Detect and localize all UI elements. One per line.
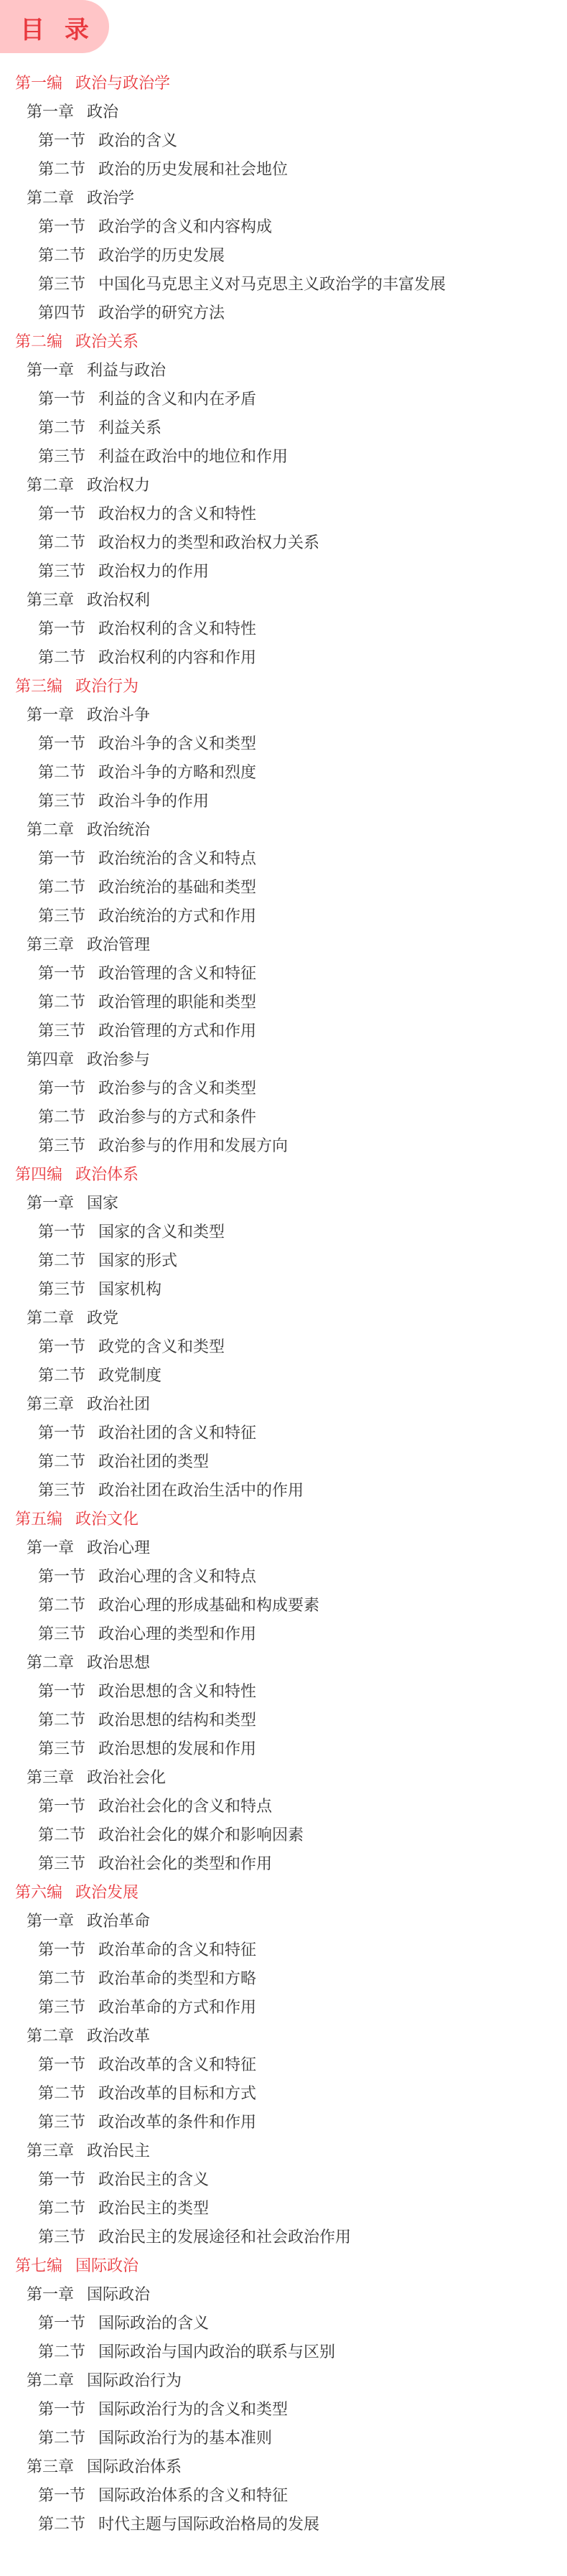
toc-section-title: 利益关系 [98,419,161,437]
toc-section-number: 第三节 [38,788,85,816]
toc-part-title: 政治与政治学 [75,75,170,93]
toc-title: 目 录 [14,9,95,45]
toc-part-number: 第四编 [15,1161,62,1190]
toc-section-number: 第一节 [38,1075,85,1103]
toc-section-title: 政治民主的类型 [98,2200,209,2218]
toc-section-link[interactable]: 第一节政治斗争的含义和类型 [0,730,567,759]
toc-section-number: 第二节 [38,1362,85,1391]
toc-section-title: 政治社会化的类型和作用 [98,1855,272,1873]
toc-chapter-title: 政治权利 [87,592,150,610]
toc-chapter-title: 国家 [87,1195,118,1213]
toc-section-link[interactable]: 第二节政治社团的类型 [0,1448,567,1477]
toc-section-title: 利益的含义和内在矛盾 [98,391,256,409]
toc-section-number: 第二节 [38,414,85,443]
toc-section-link[interactable]: 第二节国际政治与国内政治的联系与区别 [0,2338,567,2367]
toc-section-title: 政治民主的含义 [98,2171,209,2189]
toc-section-title: 政治管理的职能和类型 [98,994,256,1012]
toc-part-number: 第六编 [15,1879,62,1908]
toc-section-title: 国家的含义和类型 [98,1223,225,1241]
toc-section-number: 第三节 [38,1850,85,1879]
toc-section-link[interactable]: 第二节政治改革的目标和方式 [0,2080,567,2109]
toc-chapter-title: 政治学 [87,190,134,207]
toc-section-number: 第二节 [38,1592,85,1620]
toc-section-title: 时代主题与国际政治格局的发展 [98,2516,319,2534]
toc-chapter-link[interactable]: 第二章政治改革 [0,2022,567,2051]
toc-part-title: 政治关系 [75,333,139,351]
toc-section-title: 政治思想的结构和类型 [98,1712,256,1730]
toc-section-title: 国家的形式 [98,1252,177,1270]
toc-chapter-link[interactable]: 第三章政治社会化 [0,1764,567,1793]
toc-chapter-link[interactable]: 第一章政治斗争 [0,701,567,730]
toc-section-number: 第三节 [38,1620,85,1649]
toc-section-title: 政治权力的含义和特性 [98,505,256,523]
toc-section-link[interactable]: 第三节政治斗争的作用 [0,788,567,816]
toc-section-number: 第二节 [38,1247,85,1276]
toc-chapter-number: 第一章 [27,2281,74,2310]
toc-section-number: 第一节 [38,1936,85,1965]
toc-section-link[interactable]: 第二节政治民主的类型 [0,2195,567,2223]
toc-section-title: 政治统治的方式和作用 [98,907,256,925]
toc-chapter-number: 第一章 [27,701,74,730]
toc-section-number: 第二节 [38,1103,85,1132]
toc-section-title: 政治斗争的作用 [98,793,209,811]
toc-chapter-link[interactable]: 第三章政治管理 [0,931,567,960]
toc-section-number: 第三节 [38,1477,85,1506]
toc-section-link[interactable]: 第三节中国化马克思主义对马克思主义政治学的丰富发展 [0,271,567,299]
toc-section-link[interactable]: 第四节政治学的研究方法 [0,299,567,328]
toc-section-title: 中国化马克思主义对马克思主义政治学的丰富发展 [98,276,446,294]
toc-section-title: 政治管理的方式和作用 [98,1022,256,1040]
toc-section-link[interactable]: 第三节政治改革的条件和作用 [0,2109,567,2137]
toc-section-number: 第一节 [38,1793,85,1821]
toc-chapter-link[interactable]: 第一章利益与政治 [0,357,567,386]
toc-part-link[interactable]: 第二编政治关系 [0,328,567,357]
toc-chapter-link[interactable]: 第三章政治权利 [0,587,567,615]
toc-chapter-number: 第三章 [27,931,74,960]
toc-chapter-link[interactable]: 第四章政治参与 [0,1046,567,1075]
toc-section-link[interactable]: 第二节政治的历史发展和社会地位 [0,156,567,185]
toc-section-title: 国际政治体系的含义和特征 [98,2487,288,2505]
toc-chapter-title: 政治革命 [87,1913,150,1931]
toc-section-title: 政治参与的作用和发展方向 [98,1137,288,1155]
toc-section-number: 第三节 [38,2223,85,2252]
toc-chapter-number: 第四章 [27,1046,74,1075]
toc-section-title: 政治参与的含义和类型 [98,1080,256,1098]
toc-section-number: 第一节 [38,730,85,759]
toc-section-title: 国际政治行为的含义和类型 [98,2401,288,2419]
toc-section-number: 第二节 [38,759,85,788]
toc-section-link[interactable]: 第二节政治社会化的媒介和影响因素 [0,1821,567,1850]
toc-section-link[interactable]: 第三节政治社会化的类型和作用 [0,1850,567,1879]
toc-section-link[interactable]: 第一节政治民主的含义 [0,2166,567,2195]
toc-section-link[interactable]: 第二节国家的形式 [0,1247,567,1276]
toc-section-link[interactable]: 第二节国际政治行为的基本准则 [0,2425,567,2453]
toc-section-title: 政治思想的发展和作用 [98,1740,256,1758]
toc-chapter-number: 第二章 [27,1305,74,1333]
toc-section-link[interactable]: 第二节政治统治的基础和类型 [0,874,567,902]
toc-section-link[interactable]: 第三节政治民主的发展途径和社会政治作用 [0,2223,567,2252]
toc-section-number: 第一节 [38,2051,85,2080]
toc-section-link[interactable]: 第一节政治革命的含义和特征 [0,1936,567,1965]
toc-part-link[interactable]: 第六编政治发展 [0,1879,567,1908]
toc-section-link[interactable]: 第一节国际政治的含义 [0,2310,567,2338]
toc-part-number: 第二编 [15,328,62,357]
toc-section-link[interactable]: 第一节政治参与的含义和类型 [0,1075,567,1103]
toc-section-title: 政治革命的方式和作用 [98,1999,256,2017]
toc-part-link[interactable]: 第三编政治行为 [0,673,567,701]
toc-section-link[interactable]: 第二节政治权力的类型和政治权力关系 [0,529,567,558]
toc-section-number: 第三节 [38,1994,85,2022]
toc-part-link[interactable]: 第一编政治与政治学 [0,70,567,98]
toc-chapter-title: 国际政治 [87,2286,150,2304]
toc-section-number: 第一节 [38,500,85,529]
toc-chapter-number: 第二章 [27,472,74,500]
toc-part-number: 第五编 [15,1506,62,1534]
toc-chapter-link[interactable]: 第三章国际政治体系 [0,2453,567,2482]
toc-section-link[interactable]: 第三节政治社团在政治生活中的作用 [0,1477,567,1506]
toc-chapter-title: 政治心理 [87,1539,150,1557]
toc-section-number: 第三节 [38,1017,85,1046]
toc-chapter-number: 第二章 [27,2367,74,2396]
toc-section-number: 第三节 [38,1735,85,1764]
toc-section-link[interactable]: 第一节政治思想的含义和特性 [0,1678,567,1707]
toc-section-link[interactable]: 第三节政治管理的方式和作用 [0,1017,567,1046]
toc-header-badge: 目 录 [0,0,109,53]
toc-chapter-number: 第一章 [27,1534,74,1563]
toc-section-title: 政治学的含义和内容构成 [98,218,272,236]
toc-part-number: 第一编 [15,70,62,98]
toc-section-number: 第二节 [38,2425,85,2453]
toc-part-title: 政治体系 [75,1166,139,1184]
toc-section-link[interactable]: 第一节政治权力的含义和特性 [0,500,567,529]
toc-section-number: 第一节 [38,960,85,989]
toc-section-number: 第一节 [38,1419,85,1448]
toc-section-title: 政党制度 [98,1367,161,1385]
toc-chapter-number: 第一章 [27,98,74,127]
toc-section-title: 政治社会化的媒介和影响因素 [98,1826,304,1844]
toc-section-number: 第三节 [38,443,85,472]
toc-section-link[interactable]: 第二节政党制度 [0,1362,567,1391]
toc-chapter-link[interactable]: 第二章政治统治 [0,816,567,845]
toc-section-title: 政治改革的目标和方式 [98,2085,256,2103]
toc-section-title: 政治统治的含义和特点 [98,850,256,868]
toc-part-title: 国际政治 [75,2257,139,2275]
toc-chapter-title: 政治权力 [87,477,150,495]
toc-section-number: 第一节 [38,845,85,874]
toc-chapter-title: 利益与政治 [87,362,166,380]
toc-part-link[interactable]: 第四编政治体系 [0,1161,567,1190]
toc-chapter-number: 第一章 [27,1190,74,1218]
toc-section-link[interactable]: 第一节国际政治体系的含义和特征 [0,2482,567,2511]
toc-section-link[interactable]: 第二节时代主题与国际政治格局的发展 [0,2511,567,2539]
toc-section-link[interactable]: 第三节政治统治的方式和作用 [0,902,567,931]
toc-section-title: 政治民主的发展途径和社会政治作用 [98,2229,351,2246]
toc-section-link[interactable]: 第二节政治权利的内容和作用 [0,644,567,673]
toc-chapter-title: 国际政治体系 [87,2458,182,2476]
toc-section-number: 第二节 [38,2511,85,2539]
toc-section-title: 政治权利的含义和特性 [98,620,256,638]
toc-chapter-title: 政治管理 [87,936,150,954]
toc-chapter-title: 政治 [87,103,118,121]
toc-section-number: 第一节 [38,1333,85,1362]
toc-chapter-number: 第三章 [27,587,74,615]
toc-chapter-number: 第二章 [27,185,74,213]
toc-section-title: 政治统治的基础和类型 [98,879,256,897]
toc-chapter-title: 政治社团 [87,1396,150,1414]
toc-chapter-number: 第三章 [27,1391,74,1419]
toc-part-number: 第三编 [15,673,62,701]
toc-chapter-title: 政党 [87,1310,118,1327]
toc-section-title: 政治的含义 [98,132,177,150]
toc-section-title: 政治革命的含义和特征 [98,1941,256,1959]
toc-section-title: 政治社团的含义和特征 [98,1424,256,1442]
toc-section-link[interactable]: 第三节政治思想的发展和作用 [0,1735,567,1764]
toc-section-title: 政治权力的类型和政治权力关系 [98,534,319,552]
toc-chapter-link[interactable]: 第三章政治社团 [0,1391,567,1419]
toc-section-number: 第二节 [38,644,85,673]
toc-section-title: 政治心理的类型和作用 [98,1625,256,1643]
toc-section-number: 第二节 [38,2195,85,2223]
toc-chapter-link[interactable]: 第一章政治革命 [0,1908,567,1936]
toc-section-title: 政治心理的形成基础和构成要素 [98,1597,319,1615]
toc-section-link[interactable]: 第二节政治革命的类型和方略 [0,1965,567,1994]
toc-section-number: 第三节 [38,1276,85,1305]
toc-section-title: 政治心理的含义和特点 [98,1568,256,1586]
toc-section-link[interactable]: 第一节政治的含义 [0,127,567,156]
toc-section-title: 政党的含义和类型 [98,1338,225,1356]
toc-section-number: 第四节 [38,299,85,328]
toc-chapter-title: 政治统治 [87,821,150,839]
toc-part-title: 政治文化 [75,1511,139,1529]
toc-section-title: 国际政治行为的基本准则 [98,2430,272,2447]
toc-section-title: 政治改革的条件和作用 [98,2114,256,2132]
toc-section-link[interactable]: 第一节政治社团的含义和特征 [0,1419,567,1448]
toc-chapter-number: 第三章 [27,1764,74,1793]
toc-section-link[interactable]: 第三节政治参与的作用和发展方向 [0,1132,567,1161]
toc-section-title: 国际政治的含义 [98,2315,209,2333]
toc-section-number: 第一节 [38,2396,85,2425]
toc-chapter-link[interactable]: 第二章政治思想 [0,1649,567,1678]
toc-section-link[interactable]: 第二节政治参与的方式和条件 [0,1103,567,1132]
toc-section-link[interactable]: 第二节政治学的历史发展 [0,242,567,271]
toc-section-number: 第一节 [38,2482,85,2511]
toc-section-link[interactable]: 第三节政治权力的作用 [0,558,567,587]
toc-section-title: 政治社团的类型 [98,1453,209,1471]
toc-section-title: 政治参与的方式和条件 [98,1109,256,1126]
toc-chapter-number: 第二章 [27,2022,74,2051]
toc-section-title: 政治改革的含义和特征 [98,2056,256,2074]
toc-section-link[interactable]: 第一节政党的含义和类型 [0,1333,567,1362]
toc-section-link[interactable]: 第三节利益在政治中的地位和作用 [0,443,567,472]
toc-section-number: 第二节 [38,242,85,271]
toc-section-title: 政治学的研究方法 [98,304,225,322]
toc-chapter-link[interactable]: 第二章政治学 [0,185,567,213]
toc-section-link[interactable]: 第一节政治统治的含义和特点 [0,845,567,874]
toc-section-title: 政治社团在政治生活中的作用 [98,1482,304,1500]
toc-section-link[interactable]: 第三节国家机构 [0,1276,567,1305]
toc-chapter-title: 政治社会化 [87,1769,166,1787]
toc-chapter-link[interactable]: 第一章政治心理 [0,1534,567,1563]
toc-chapter-title: 政治参与 [87,1051,150,1069]
toc-section-number: 第三节 [38,271,85,299]
toc-chapter-title: 政治民主 [87,2142,150,2160]
toc-section-number: 第三节 [38,2109,85,2137]
toc-chapter-link[interactable]: 第二章国际政治行为 [0,2367,567,2396]
toc-section-number: 第二节 [38,989,85,1017]
toc-section-title: 政治思想的含义和特性 [98,1683,256,1701]
toc-section-number: 第一节 [38,127,85,156]
toc-chapter-link[interactable]: 第二章政治权力 [0,472,567,500]
toc-section-number: 第三节 [38,902,85,931]
toc-section-number: 第一节 [38,2310,85,2338]
toc-section-number: 第一节 [38,2166,85,2195]
toc-section-number: 第一节 [38,386,85,414]
toc-section-number: 第二节 [38,1965,85,1994]
toc-section-number: 第一节 [38,213,85,242]
toc-section-title: 政治斗争的方略和烈度 [98,764,256,782]
toc-section-link[interactable]: 第一节利益的含义和内在矛盾 [0,386,567,414]
toc-section-link[interactable]: 第一节政治权利的含义和特性 [0,615,567,644]
toc-section-link[interactable]: 第二节政治管理的职能和类型 [0,989,567,1017]
toc-chapter-number: 第一章 [27,1908,74,1936]
toc-section-link[interactable]: 第三节政治革命的方式和作用 [0,1994,567,2022]
toc-chapter-title: 政治改革 [87,2027,150,2045]
toc-chapter-title: 政治思想 [87,1654,150,1672]
toc-section-number: 第三节 [38,1132,85,1161]
toc-section-number: 第一节 [38,1563,85,1592]
toc-section-number: 第二节 [38,529,85,558]
toc-section-link[interactable]: 第三节政治心理的类型和作用 [0,1620,567,1649]
toc-part-link[interactable]: 第五编政治文化 [0,1506,567,1534]
toc-chapter-link[interactable]: 第二章政党 [0,1305,567,1333]
toc-chapter-link[interactable]: 第一章国际政治 [0,2281,567,2310]
toc-section-link[interactable]: 第一节政治社会化的含义和特点 [0,1793,567,1821]
toc-part-title: 政治发展 [75,1884,139,1902]
toc-chapter-number: 第二章 [27,816,74,845]
toc-chapter-title: 国际政治行为 [87,2372,182,2390]
toc-section-link[interactable]: 第一节政治管理的含义和特征 [0,960,567,989]
toc-section-title: 政治斗争的含义和类型 [98,735,256,753]
toc-chapter-link[interactable]: 第三章政治民主 [0,2137,567,2166]
toc-section-title: 政治权力的作用 [98,563,209,581]
table-of-contents: 第一编政治与政治学第一章政治第一节政治的含义第二节政治的历史发展和社会地位第二章… [0,70,567,2539]
toc-section-number: 第二节 [38,1821,85,1850]
toc-section-link[interactable]: 第一节政治改革的含义和特征 [0,2051,567,2080]
toc-chapter-number: 第三章 [27,2453,74,2482]
toc-section-link[interactable]: 第一节政治心理的含义和特点 [0,1563,567,1592]
toc-section-title: 政治社会化的含义和特点 [98,1798,272,1816]
toc-chapter-link[interactable]: 第一章国家 [0,1190,567,1218]
toc-section-title: 利益在政治中的地位和作用 [98,448,288,466]
toc-chapter-link[interactable]: 第一章政治 [0,98,567,127]
toc-section-title: 国际政治与国内政治的联系与区别 [98,2343,335,2361]
toc-chapter-number: 第三章 [27,2137,74,2166]
toc-section-title: 政治革命的类型和方略 [98,1970,256,1988]
toc-section-number: 第一节 [38,1678,85,1707]
toc-part-number: 第七编 [15,2252,62,2281]
toc-section-number: 第二节 [38,156,85,185]
toc-section-number: 第三节 [38,558,85,587]
toc-section-number: 第二节 [38,874,85,902]
toc-section-number: 第二节 [38,1448,85,1477]
toc-section-title: 政治管理的含义和特征 [98,965,256,983]
toc-section-number: 第二节 [38,1707,85,1735]
toc-section-link[interactable]: 第一节政治学的含义和内容构成 [0,213,567,242]
toc-section-number: 第二节 [38,2080,85,2109]
toc-part-link[interactable]: 第七编国际政治 [0,2252,567,2281]
toc-chapter-title: 政治斗争 [87,706,150,724]
toc-section-link[interactable]: 第二节政治斗争的方略和烈度 [0,759,567,788]
toc-section-number: 第二节 [38,2338,85,2367]
toc-chapter-number: 第二章 [27,1649,74,1678]
toc-section-link[interactable]: 第一节国际政治行为的含义和类型 [0,2396,567,2425]
toc-section-number: 第一节 [38,615,85,644]
toc-part-title: 政治行为 [75,678,139,696]
toc-section-link[interactable]: 第二节利益关系 [0,414,567,443]
toc-section-title: 政治的历史发展和社会地位 [98,161,288,179]
toc-section-title: 国家机构 [98,1281,161,1299]
toc-chapter-number: 第一章 [27,357,74,386]
toc-section-link[interactable]: 第一节国家的含义和类型 [0,1218,567,1247]
toc-section-link[interactable]: 第二节政治心理的形成基础和构成要素 [0,1592,567,1620]
toc-section-title: 政治学的历史发展 [98,247,225,265]
toc-section-link[interactable]: 第二节政治思想的结构和类型 [0,1707,567,1735]
toc-section-title: 政治权利的内容和作用 [98,649,256,667]
toc-section-number: 第一节 [38,1218,85,1247]
